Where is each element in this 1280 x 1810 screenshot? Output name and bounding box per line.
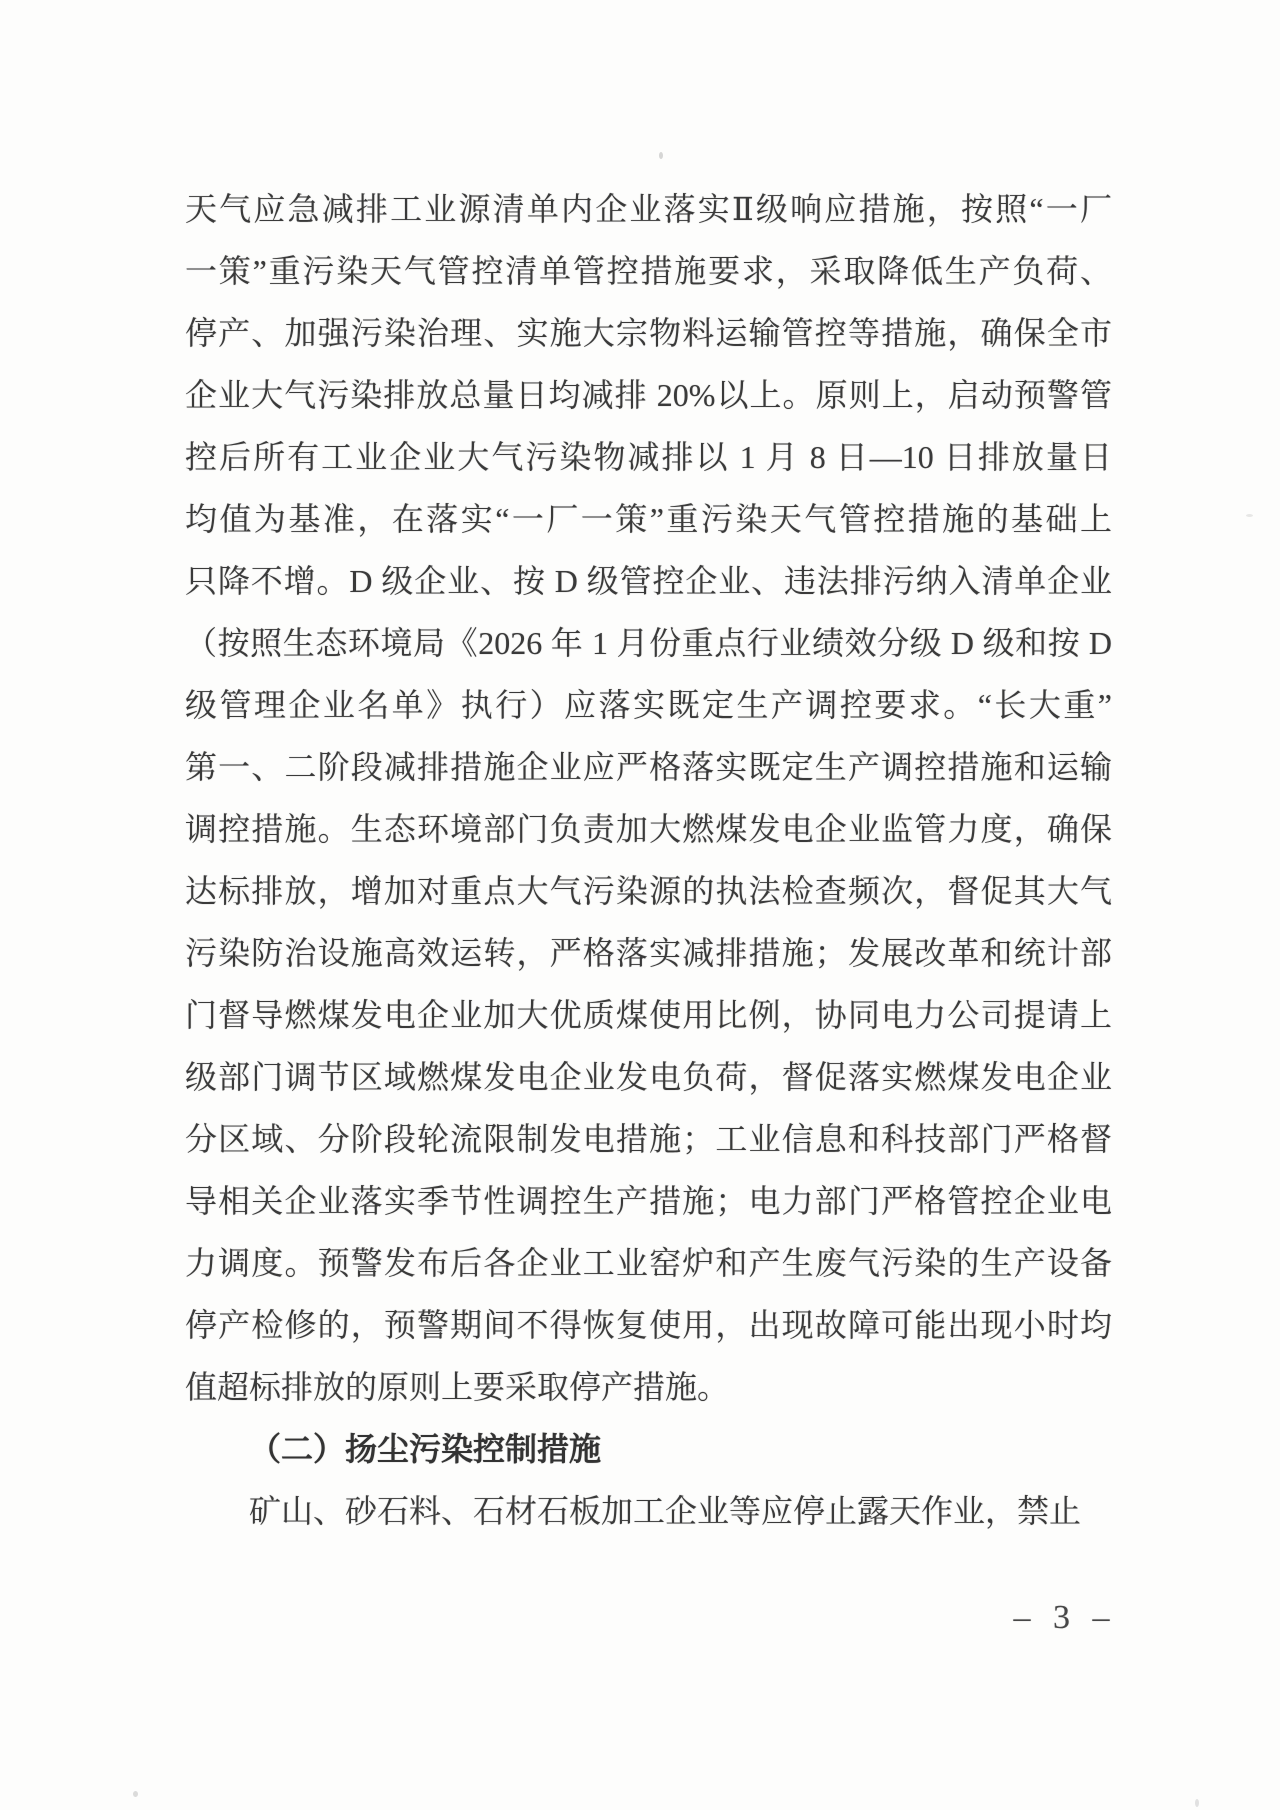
text-line: 导相关企业落实季节性调控生产措施；电力部门严格管控企业电 (185, 1170, 1112, 1232)
text-line: 企业大气污染排放总量日均减排 20%以上。原则上，启动预警管 (185, 364, 1112, 426)
text-line: 均值为基准，在落实“一厂一策”重污染天气管控措施的基础上 (185, 488, 1112, 550)
text-line: 停产、加强污染治理、实施大宗物料运输管控等措施，确保全市 (185, 302, 1112, 364)
document-page: 天气应急减排工业源清单内企业落实Ⅱ级响应措施，按照“一厂 一策”重污染天气管控清… (0, 0, 1280, 1810)
text-line: 污染防治设施高效运转，严格落实减排措施；发展改革和统计部 (185, 922, 1112, 984)
text-line: 天气应急减排工业源清单内企业落实Ⅱ级响应措施，按照“一厂 (185, 178, 1112, 240)
scan-artifact (659, 152, 663, 159)
text-line: 矿山、砂石料、石材石板加工企业等应停止露天作业，禁止 (185, 1480, 1112, 1542)
text-line: 级部门调节区域燃煤发电企业发电负荷，督促落实燃煤发电企业 (185, 1046, 1112, 1108)
text-line: 只降不增。D 级企业、按 D 级管控企业、违法排污纳入清单企业 (185, 550, 1112, 612)
text-line: 分区域、分阶段轮流限制发电措施；工业信息和科技部门严格督 (185, 1108, 1112, 1170)
text-line: 停产检修的，预警期间不得恢复使用，出现故障可能出现小时均 (185, 1294, 1112, 1356)
text-line: 控后所有工业企业大气污染物减排以 1 月 8 日—10 日排放量日 (185, 426, 1112, 488)
text-line: 一策”重污染天气管控清单管控措施要求，采取降低生产负荷、 (185, 240, 1112, 302)
scan-artifact (1246, 514, 1253, 517)
page-number: – 3 – (985, 1592, 1145, 1644)
text-line: 级管理企业名单》执行）应落实既定生产调控要求。“长大重” (185, 674, 1112, 736)
text-line: 力调度。预警发布后各企业工业窑炉和产生废气污染的生产设备 (185, 1232, 1112, 1294)
section-heading: （二）扬尘污染控制措施 (185, 1418, 1112, 1480)
text-line: 值超标排放的原则上要采取停产措施。 (185, 1356, 1112, 1418)
body-text: 天气应急减排工业源清单内企业落实Ⅱ级响应措施，按照“一厂 一策”重污染天气管控清… (185, 178, 1112, 1542)
text-line: 达标排放，增加对重点大气污染源的执法检查频次，督促其大气 (185, 860, 1112, 922)
text-line: （按照生态环境局《2026 年 1 月份重点行业绩效分级 D 级和按 D (185, 612, 1112, 674)
text-line: 门督导燃煤发电企业加大优质煤使用比例，协同电力公司提请上 (185, 984, 1112, 1046)
scan-artifact (1195, 1799, 1199, 1807)
text-line: 调控措施。生态环境部门负责加大燃煤发电企业监管力度，确保 (185, 798, 1112, 860)
scan-artifact (133, 1791, 138, 1797)
text-line: 第一、二阶段减排措施企业应严格落实既定生产调控措施和运输 (185, 736, 1112, 798)
